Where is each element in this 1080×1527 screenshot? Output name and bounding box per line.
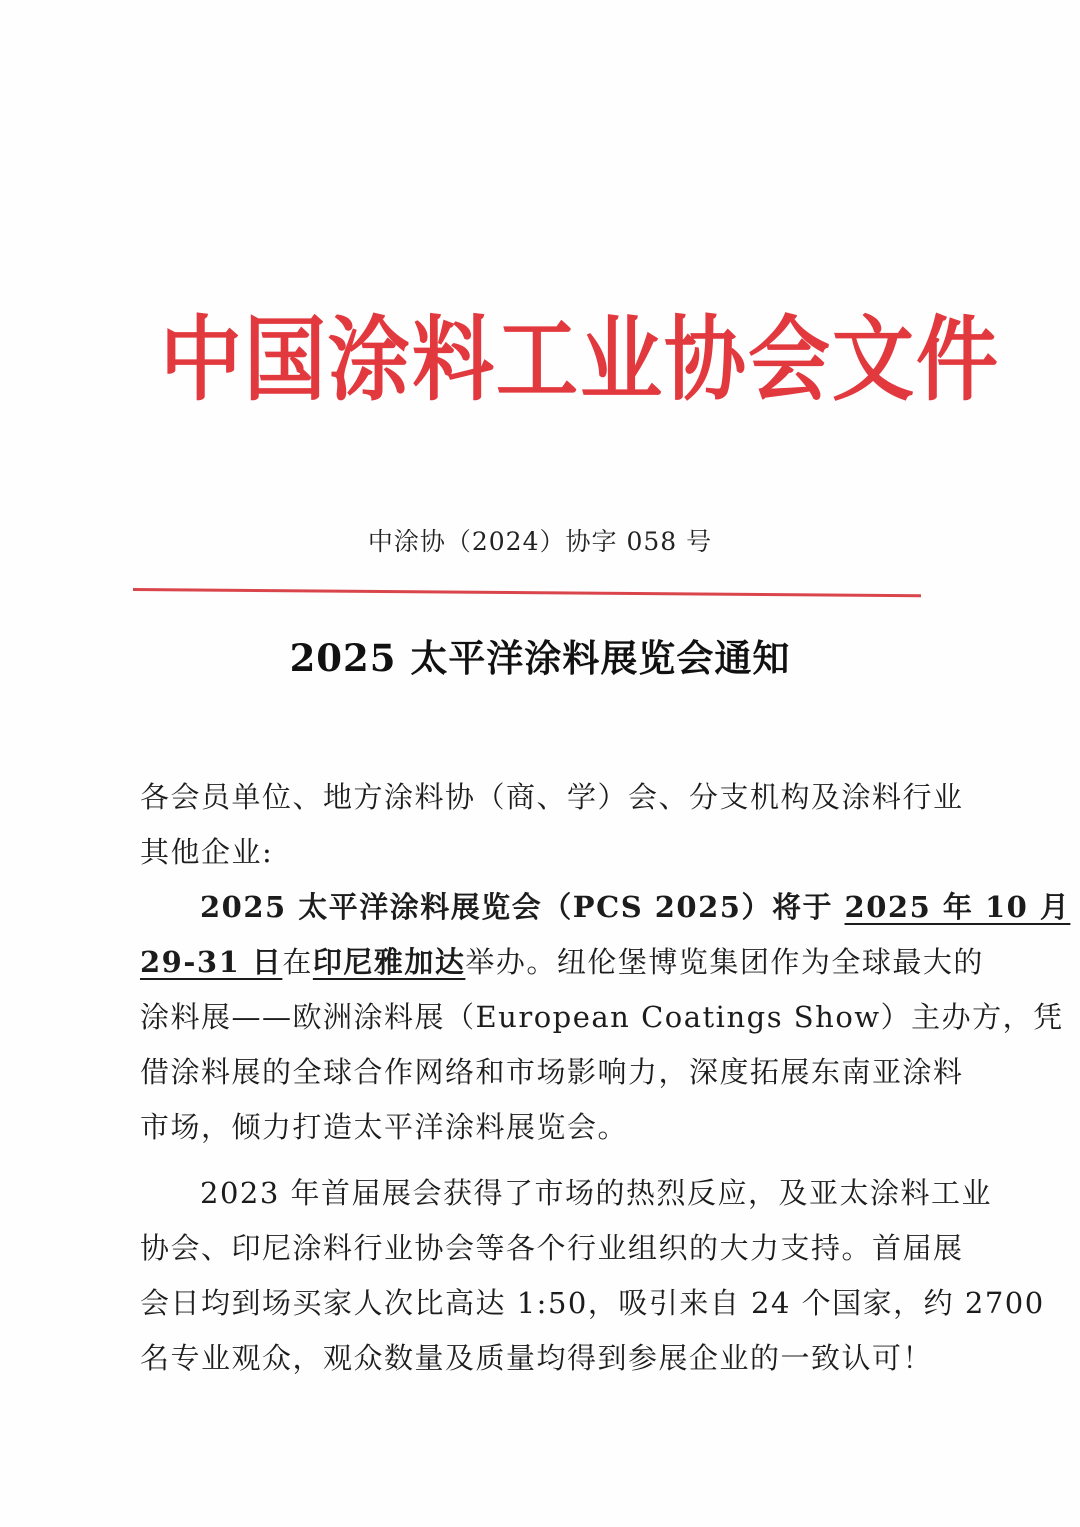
issuer-title: 中国涂料工业协会文件 bbox=[160, 293, 920, 427]
event-name: 2025 太平洋涂料展览会（PCS 2025）将于 bbox=[200, 890, 845, 924]
paragraph-1-line-5: 市场，倾力打造太平洋涂料展览会。 bbox=[140, 1100, 930, 1155]
document-page: 中国涂料工业协会文件 中涂协（2024）协字 058 号 2025 太平洋涂料展… bbox=[0, 0, 1080, 1527]
event-date-start: 2025 年 10 月 bbox=[845, 890, 1071, 924]
paragraph-2-line-3: 会日均到场买家人次比高达 1:50，吸引来自 24 个国家，约 2700 bbox=[140, 1276, 930, 1331]
paragraph-2-line-2: 协会、印尼涂料行业协会等各个行业组织的大力支持。首届展 bbox=[140, 1221, 930, 1276]
text-segment: 在 bbox=[282, 945, 313, 979]
addressee-block: 各会员单位、地方涂料协（商、学）会、分支机构及涂料行业 其他企业: bbox=[140, 770, 930, 880]
paragraph-1: 2025 太平洋涂料展览会（PCS 2025）将于 2025 年 10 月 29… bbox=[140, 880, 930, 1155]
document-number: 中涂协（2024）协字 058 号 bbox=[0, 522, 1080, 558]
paragraph-1-line-1: 2025 太平洋涂料展览会（PCS 2025）将于 2025 年 10 月 bbox=[140, 880, 930, 935]
paragraph-2-line-4: 名专业观众，观众数量及质量均得到参展企业的一致认可！ bbox=[140, 1331, 930, 1386]
event-date-end: 29-31 日 bbox=[140, 945, 282, 979]
notice-title: 2025 太平洋涂料展览会通知 bbox=[0, 628, 1080, 682]
paragraph-1-line-4: 借涂料展的全球合作网络和市场影响力，深度拓展东南亚涂料 bbox=[140, 1045, 930, 1100]
event-location: 印尼雅加达 bbox=[313, 945, 466, 979]
addressee-line-1: 各会员单位、地方涂料协（商、学）会、分支机构及涂料行业 bbox=[140, 770, 930, 825]
paragraph-2-line-1: 2023 年首届展会获得了市场的热烈反应，及亚太涂料工业 bbox=[140, 1166, 930, 1221]
text-segment: 举办。纽伦堡博览集团作为全球最大的 bbox=[465, 945, 984, 979]
paragraph-2: 2023 年首届展会获得了市场的热烈反应，及亚太涂料工业 协会、印尼涂料行业协会… bbox=[140, 1166, 930, 1386]
paragraph-1-line-3: 涂料展——欧洲涂料展（European Coatings Show）主办方，凭 bbox=[140, 990, 930, 1045]
paragraph-1-line-2: 29-31 日在印尼雅加达举办。纽伦堡博览集团作为全球最大的 bbox=[140, 935, 930, 990]
red-divider bbox=[133, 588, 921, 597]
addressee-line-2: 其他企业: bbox=[140, 825, 930, 880]
